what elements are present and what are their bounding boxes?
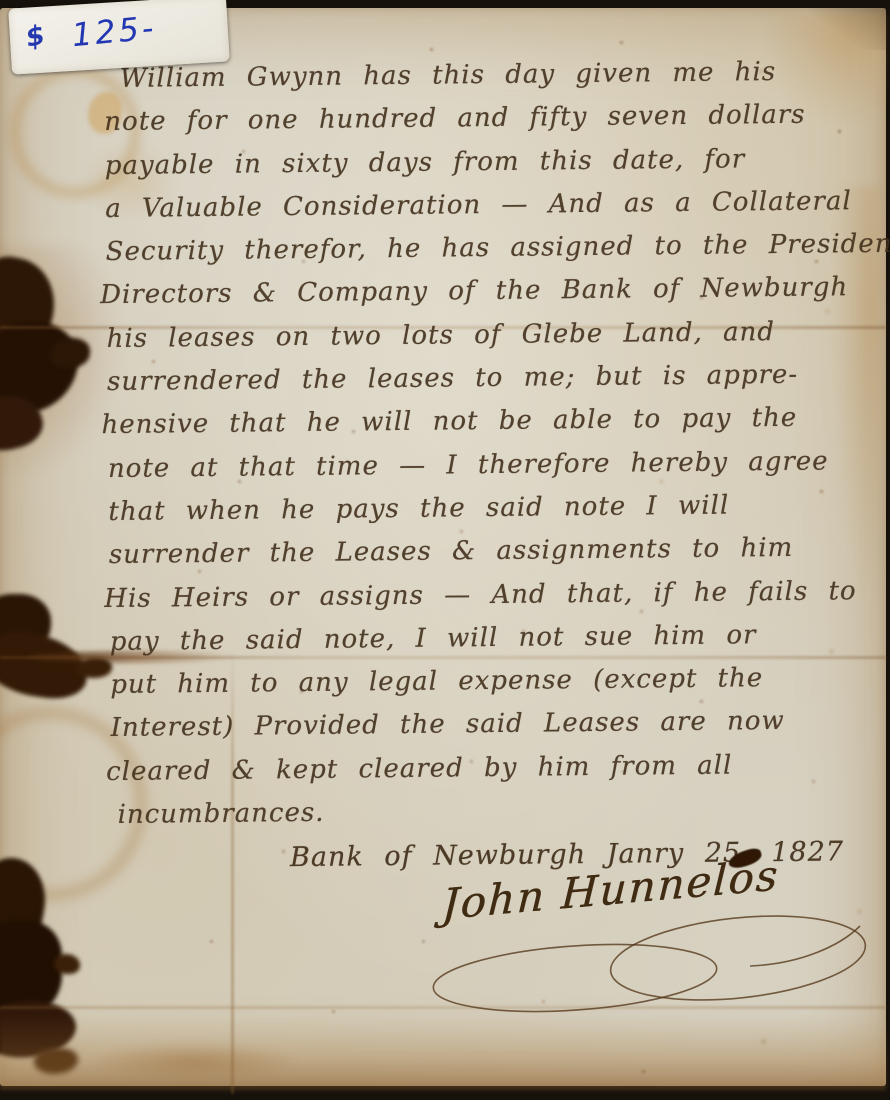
manuscript-line: Interest) Provided the said Leases are n… bbox=[110, 700, 860, 751]
price-sticker-currency: $ bbox=[23, 20, 48, 54]
manuscript-line: note for one hundred and fifty seven dol… bbox=[104, 93, 854, 144]
price-sticker-amount: 125- bbox=[70, 8, 158, 54]
manuscript-line: incumbrances. bbox=[117, 786, 861, 837]
paper-document: William Gwynn has this day given me his … bbox=[0, 8, 886, 1086]
manuscript-line: surrender the Leases & assignments to hi… bbox=[109, 526, 859, 577]
signature-flourish bbox=[420, 906, 880, 1026]
manuscript-line: William Gwynn has this day given me his bbox=[120, 50, 854, 101]
manuscript-line: Directors & Company of the Bank of Newbu… bbox=[100, 267, 856, 318]
manuscript-line: His Heirs or assigns — And that, if he f… bbox=[104, 570, 859, 621]
stain-blob-left-lower bbox=[54, 954, 80, 974]
stain-blob-left-middle bbox=[76, 658, 112, 678]
stain-blob-left-upper bbox=[50, 338, 90, 368]
manuscript-body: William Gwynn has this day given me his … bbox=[104, 50, 863, 883]
manuscript-line: payable in sixty days from this date, fo… bbox=[105, 137, 855, 188]
foxing-speckles bbox=[0, 8, 3, 11]
manuscript-line: note at that time — I therefore hereby a… bbox=[108, 440, 858, 491]
stain-smear-bottomleft bbox=[88, 1041, 300, 1083]
manuscript-line: hensive that he will not be able to pay … bbox=[101, 397, 857, 448]
